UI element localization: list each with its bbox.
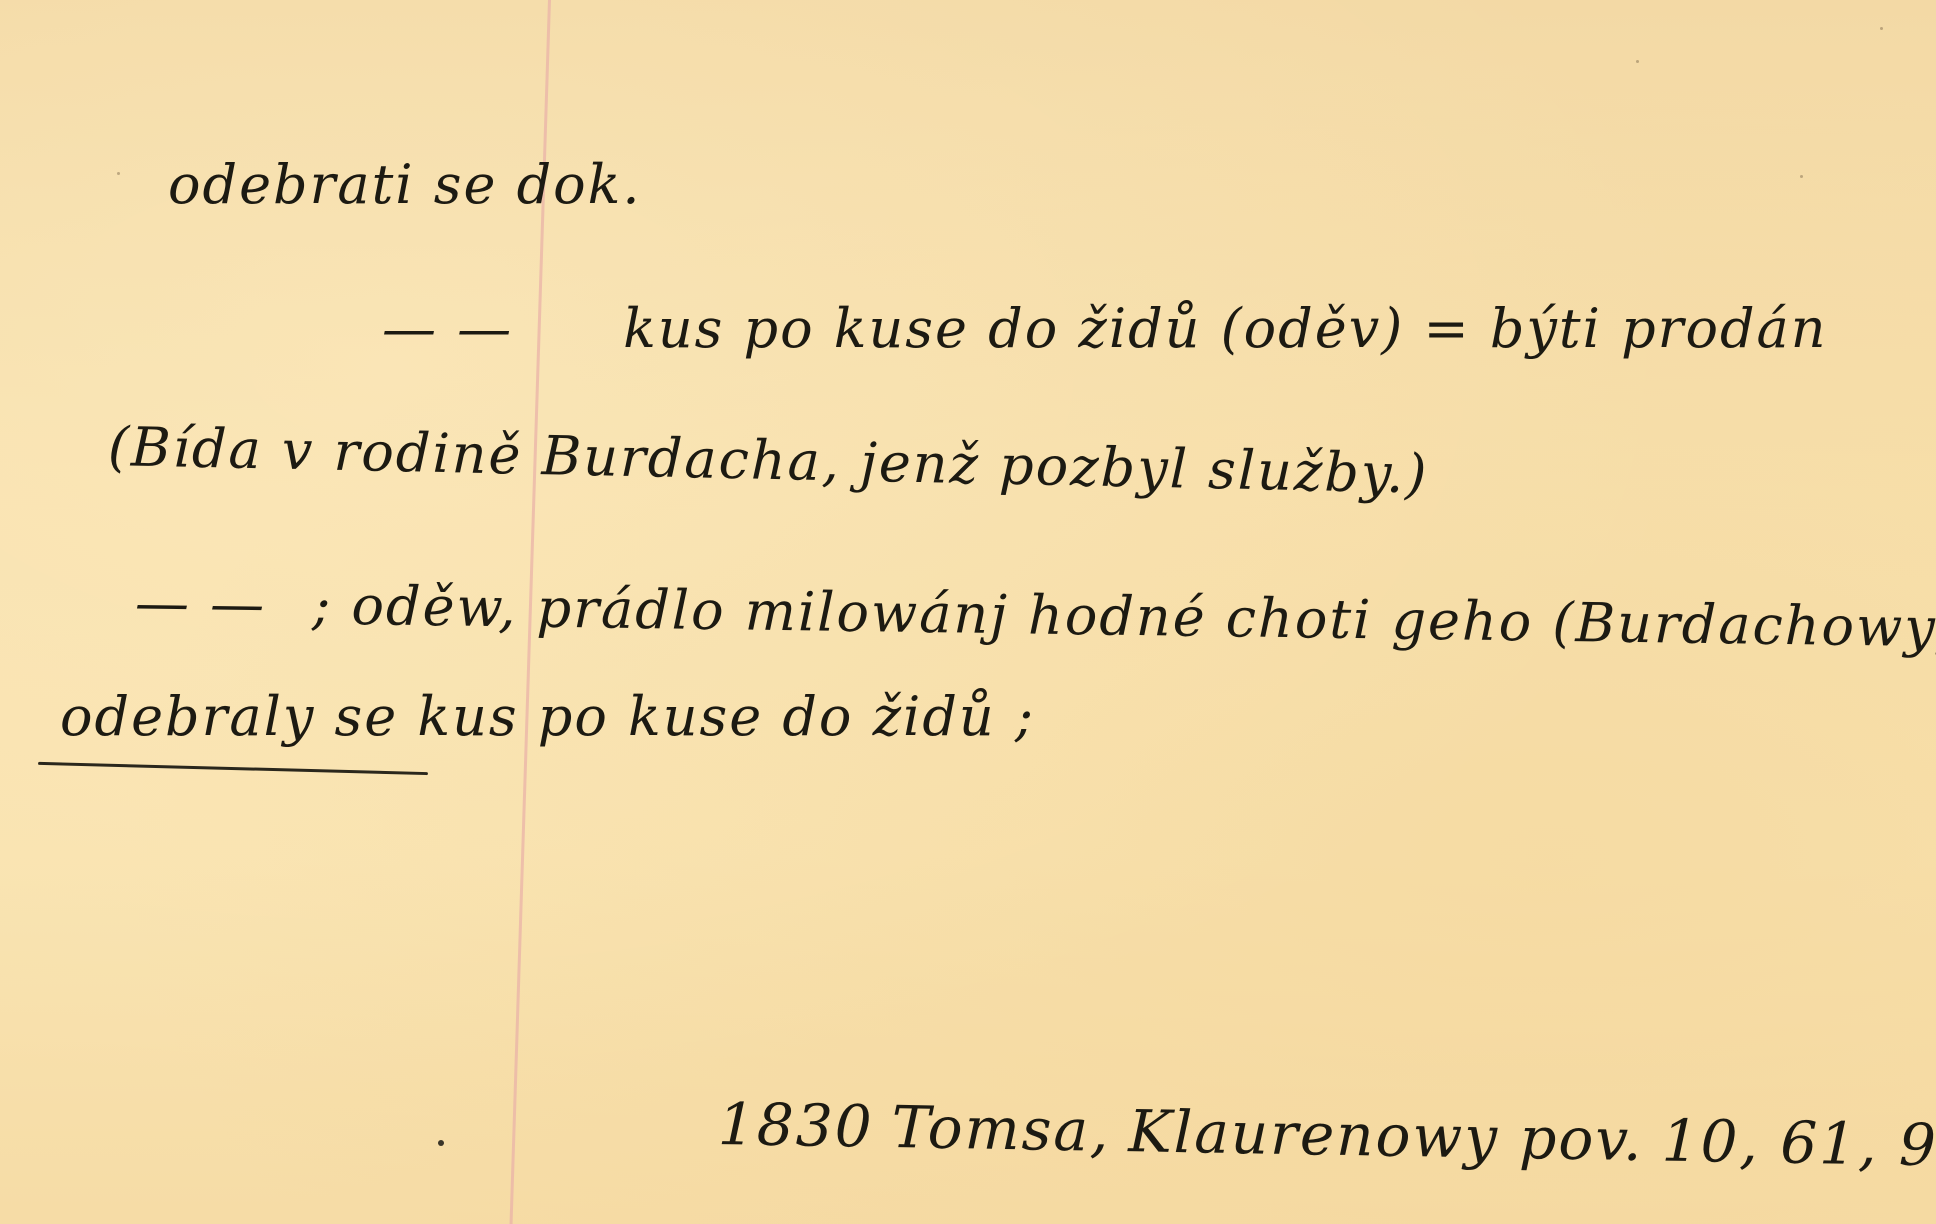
citation-reference: 10, 61, 9. — [1661, 1106, 1936, 1179]
repeat-dash: — — — [135, 571, 267, 636]
entry-headword-line: odebrati se dok. — [168, 158, 642, 212]
paper-speck — [1636, 60, 1639, 63]
quotation-text-2: kus po kuse do židů ; — [398, 685, 1035, 748]
entry-phrase-line: — —kus po kuse do židů (oděv) = býti pro… — [382, 302, 1828, 356]
underlined-headword: odebraly se — [60, 690, 398, 744]
ink-dot — [438, 1140, 444, 1146]
paper-speck — [117, 172, 120, 175]
paper-speck — [1800, 175, 1803, 178]
phrase-text: kus po kuse do židů (oděv) = býti prodán — [623, 297, 1827, 360]
headword-text: odebrati se dok. — [168, 153, 642, 216]
quotation-line-1: — —; oděw, prádlo milowánj hodné choti g… — [135, 576, 1936, 655]
quotation-text-1: ; oděw, prádlo milowánj hodné choti geho… — [312, 573, 1936, 659]
citation-year: 1830 — [717, 1090, 874, 1161]
source-citation: 1830Tomsa,Klaurenowy pov.10, 61, 9. — [717, 1090, 1936, 1180]
citation-author: Tomsa, — [891, 1093, 1111, 1165]
context-note-line: (Bída v rodině Burdacha, jenž pozbyl slu… — [107, 420, 1429, 502]
context-note-text: (Bída v rodině Burdacha, jenž pozbyl slu… — [107, 415, 1429, 506]
citation-work: Klaurenowy pov. — [1128, 1097, 1644, 1174]
quotation-line-2: odebraly se kus po kuse do židů ; — [60, 690, 1035, 744]
repeat-dash: — — — [382, 297, 513, 360]
dictionary-slip: odebrati se dok. — —kus po kuse do židů … — [0, 0, 1936, 1224]
paper-speck — [1880, 27, 1883, 30]
